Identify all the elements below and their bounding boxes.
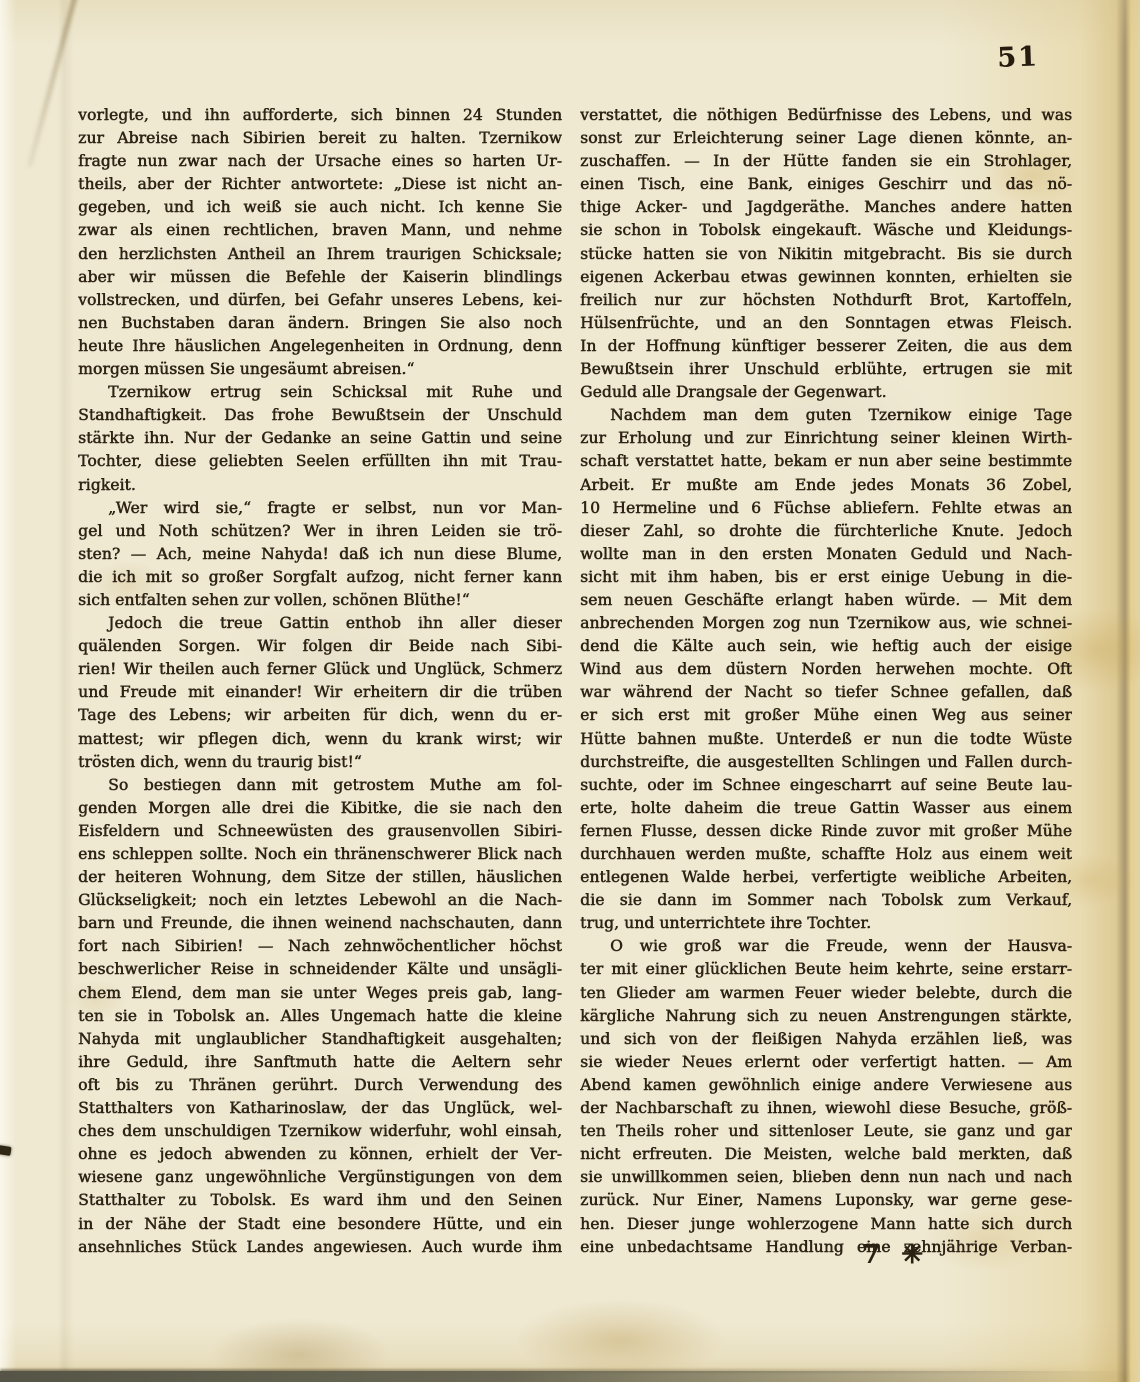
text-line: eine unbedachtsame Handlung eine zehnjäh… xyxy=(580,1236,1072,1259)
text-line: O wie groß war die Freude, wenn der Haus… xyxy=(580,935,1072,958)
text-line: zuschaffen. — In der Hütte fanden sie ei… xyxy=(580,150,1072,173)
page-number: 51 xyxy=(987,41,1048,74)
text-line: fragte nun zwar nach der Ursache eines s… xyxy=(78,150,562,173)
text-line: ter mit einer glücklichen Beute heim keh… xyxy=(580,958,1072,981)
text-line: ens schleppen sollte. Noch ein thränensc… xyxy=(78,843,562,866)
text-line: schaft verstattet hatte, bekam er nun ab… xyxy=(580,450,1072,473)
text-line: Tage des Lebens; wir arbeiten für dich, … xyxy=(78,704,562,727)
text-line: war während der Nacht so tiefer Schnee g… xyxy=(580,681,1072,704)
bottom-page-edge xyxy=(0,1371,1140,1382)
text-line: stärkte ihn. Nur der Gedanke an seine Ga… xyxy=(78,427,562,450)
text-line: Wind aus dem düstern Norden herwehen moc… xyxy=(580,658,1072,681)
text-line: Hütte bahnen mußte. Unterdeß er nun die … xyxy=(580,728,1072,751)
text-line: sicht mit ihm haben, bis er erst einige … xyxy=(580,566,1072,589)
text-line: sie wieder Neues erlernt oder verfertigt… xyxy=(580,1051,1072,1074)
text-line: ten Glieder am warmen Feuer wieder beleb… xyxy=(580,982,1072,1005)
text-line: Jedoch die treue Gattin enthob ihn aller… xyxy=(78,612,562,635)
text-line: zur Erholung und zur Einrichtung seiner … xyxy=(580,427,1072,450)
text-line: Nachdem man dem guten Tzernikow einige T… xyxy=(580,404,1072,427)
text-line: rien! Wir theilen auch ferner Glück und … xyxy=(78,658,562,681)
text-line: chem Elend, dem man sie unter Weges prei… xyxy=(78,982,562,1005)
text-line: dieser Zahl, so drohte die fürchterliche… xyxy=(580,520,1072,543)
text-line: in der Nähe der Stadt eine besondere Hüt… xyxy=(78,1213,562,1236)
text-line: eigenen Ackerbau etwas gewinnen konnten,… xyxy=(580,266,1072,289)
text-line: In der Hoffnung künftiger besserer Zeite… xyxy=(580,335,1072,358)
text-line: zur Abreise nach Sibirien bereit zu halt… xyxy=(78,127,562,150)
text-line: nen Buchstaben daran ändern. Bringen Sie… xyxy=(78,312,562,335)
text-line: dend die Kälte auch sein, wie heftig auc… xyxy=(580,635,1072,658)
text-line: genden Morgen alle drei die Kibitke, die… xyxy=(78,797,562,820)
text-line: ohne es jedoch abwenden zu können, erhie… xyxy=(78,1143,562,1166)
text-line: ches dem unschuldigen Tzernikow widerfuh… xyxy=(78,1120,562,1143)
text-line: nicht erfreuten. Die Meisten, welche bal… xyxy=(580,1143,1072,1166)
text-line: gegeben, und ich weiß sie auch nicht. Ic… xyxy=(78,196,562,219)
text-line: entlegenen Walde herbei, verfertigte wei… xyxy=(580,866,1072,889)
text-line: barn und Freunde, die ihnen weinend nach… xyxy=(78,912,562,935)
text-line: oft bis zu Thränen gerührt. Durch Verwen… xyxy=(78,1074,562,1097)
text-line: ten sie in Tobolsk an. Alles Ungemach ha… xyxy=(78,1005,562,1028)
text-line: verstattet, die nöthigen Bedürfnisse des… xyxy=(580,104,1072,127)
text-line: Hülsenfrüchte, und an den Sonntagen etwa… xyxy=(580,312,1072,335)
text-line: zwar als einen rechtlichen, braven Mann,… xyxy=(78,219,562,242)
text-line: sonst zur Erleichterung seiner Lage dien… xyxy=(580,127,1072,150)
text-line: wollte man in den ersten Monaten Geduld … xyxy=(580,543,1072,566)
text-line: heute Ihre häuslichen Angelegenheiten in… xyxy=(78,335,562,358)
text-line: Standhaftigkeit. Das frohe Bewußtsein de… xyxy=(78,404,562,427)
text-line: die ich mit so großer Sorgfalt aufzog, n… xyxy=(78,566,562,589)
text-line: trug, und unterrichtete ihre Tochter. xyxy=(580,912,1072,935)
text-line: anbrechenden Morgen zog nun Tzernikow au… xyxy=(580,612,1072,635)
text-line: Abend kamen gewöhnlich einige andere Ver… xyxy=(580,1074,1072,1097)
text-line: den herzlichsten Antheil an Ihrem trauri… xyxy=(78,243,562,266)
text-line: sie schon in Tobolsk eingekauft. Wäsche … xyxy=(580,219,1072,242)
text-line: Bewußtsein ihrer Unschuld erblühte, ertr… xyxy=(580,358,1072,381)
text-line: wiesene ganz ungewöhnliche Vergünstigung… xyxy=(78,1166,562,1189)
text-column-right: verstattet, die nöthigen Bedürfnisse des… xyxy=(580,104,1072,1259)
text-line: Glückseligkeit; noch ein letztes Lebewoh… xyxy=(78,889,562,912)
text-line: er sich erst mit großer Mühe einen Weg a… xyxy=(580,704,1072,727)
text-line: theils, aber der Richter antwortete: „Di… xyxy=(78,173,562,196)
text-line: und sich von der fleißigen Nahyda erzähl… xyxy=(580,1028,1072,1051)
text-line: und Freude mit einander! Wir erheitern d… xyxy=(78,681,562,704)
text-line: hen. Dieser junge wohlerzogene Mann hatt… xyxy=(580,1213,1072,1236)
text-line: zurück. Nur Einer, Namens Luponsky, war … xyxy=(580,1189,1072,1212)
text-line: ten Theils roher und sittenloser Leute, … xyxy=(580,1120,1072,1143)
text-line: Eisfeldern und Schneewüsten des grausenv… xyxy=(78,820,562,843)
text-line: sie unwillkommen seien, blieben denn nun… xyxy=(580,1166,1072,1189)
text-line: die sie dann im Sommer nach Tobolsk zum … xyxy=(580,889,1072,912)
text-line: Geduld alle Drangsale der Gegenwart. xyxy=(580,381,1072,404)
corner-crease xyxy=(27,0,80,167)
text-line: vollstrecken, und dürfen, bei Gefahr uns… xyxy=(78,289,562,312)
book-page: 51 vorlegte, und ihn aufforderte, sich b… xyxy=(0,0,1140,1382)
text-line: vorlegte, und ihn aufforderte, sich binn… xyxy=(78,104,562,127)
signature-mark: 7 ✳ xyxy=(862,1240,929,1270)
text-line: ansehnliches Stück Landes angewiesen. Au… xyxy=(78,1236,562,1259)
text-line: Nahyda mit unglaublicher Standhaftigkeit… xyxy=(78,1028,562,1051)
text-column-left: vorlegte, und ihn aufforderte, sich binn… xyxy=(78,104,562,1259)
text-line: rigkeit. xyxy=(78,474,562,497)
text-line: erte, holte daheim die treue Gattin Wass… xyxy=(580,797,1072,820)
text-line: stücke hatten sie von Nikitin mitgebrach… xyxy=(580,243,1072,266)
text-line: fernen Flusse, dessen dicke Rinde zuvor … xyxy=(580,820,1072,843)
text-columns: vorlegte, und ihn aufforderte, sich binn… xyxy=(78,104,1072,1259)
text-line: „Wer wird sie,“ fragte er selbst, nun vo… xyxy=(78,497,562,520)
text-line: fort nach Sibirien! — Nach zehnwöchentli… xyxy=(78,935,562,958)
text-line: freilich nur zur höchsten Nothdurft Brot… xyxy=(580,289,1072,312)
text-line: Arbeit. Er mußte am Ende jedes Monats 36… xyxy=(580,474,1072,497)
text-line: thige Acker- und Jagdgeräthe. Manches an… xyxy=(580,196,1072,219)
text-line: Tzernikow ertrug sein Schicksal mit Ruhe… xyxy=(78,381,562,404)
binding-mark xyxy=(0,1145,12,1156)
text-line: trösten dich, wenn du traurig bist!“ xyxy=(78,751,562,774)
text-line: Tochter, diese geliebten Seelen erfüllte… xyxy=(78,450,562,473)
text-line: der heiteren Wohnung, dem Sitze der stil… xyxy=(78,866,562,889)
text-line: kärgliche Nahrung sich zu neuen Anstreng… xyxy=(580,1005,1072,1028)
text-line: der Nachbarschaft zu ihnen, wiewohl dies… xyxy=(580,1097,1072,1120)
text-line: durchhauen werden mußte, schaffte Holz a… xyxy=(580,843,1072,866)
text-line: Statthalters von Katharinoslaw, der das … xyxy=(78,1097,562,1120)
text-line: So bestiegen dann mit getrostem Muthe am… xyxy=(78,774,562,797)
text-line: Statthalter zu Tobolsk. Es ward ihm und … xyxy=(78,1189,562,1212)
text-line: sem neuen Geschäfte erlangt haben würde.… xyxy=(580,589,1072,612)
text-line: sich entfalten sehen zur vollen, schönen… xyxy=(78,589,562,612)
text-line: sten? — Ach, meine Nahyda! daß ich nun d… xyxy=(78,543,562,566)
text-line: beschwerlicher Reise in schneidender Käl… xyxy=(78,958,562,981)
text-line: ihre Geduld, ihre Sanftmuth hatte die Ae… xyxy=(78,1051,562,1074)
text-line: gel und Noth schützen? Wer in ihren Leid… xyxy=(78,520,562,543)
text-line: suchte, oder im Schnee eingescharrt auf … xyxy=(580,774,1072,797)
text-line: quälenden Sorgen. Wir folgen dir Beide n… xyxy=(78,635,562,658)
text-line: aber wir müssen die Befehle der Kaiserin… xyxy=(78,266,562,289)
text-line: durchstreifte, die ausgestellten Schling… xyxy=(580,751,1072,774)
text-line: einen Tisch, eine Bank, einiges Geschirr… xyxy=(580,173,1072,196)
text-line: mattest; wir pflegen dich, wenn du krank… xyxy=(78,728,562,751)
text-line: 10 Hermeline und 6 Füchse abliefern. Feh… xyxy=(580,497,1072,520)
text-line: morgen müssen Sie ungesäumt abreisen.“ xyxy=(78,358,562,381)
